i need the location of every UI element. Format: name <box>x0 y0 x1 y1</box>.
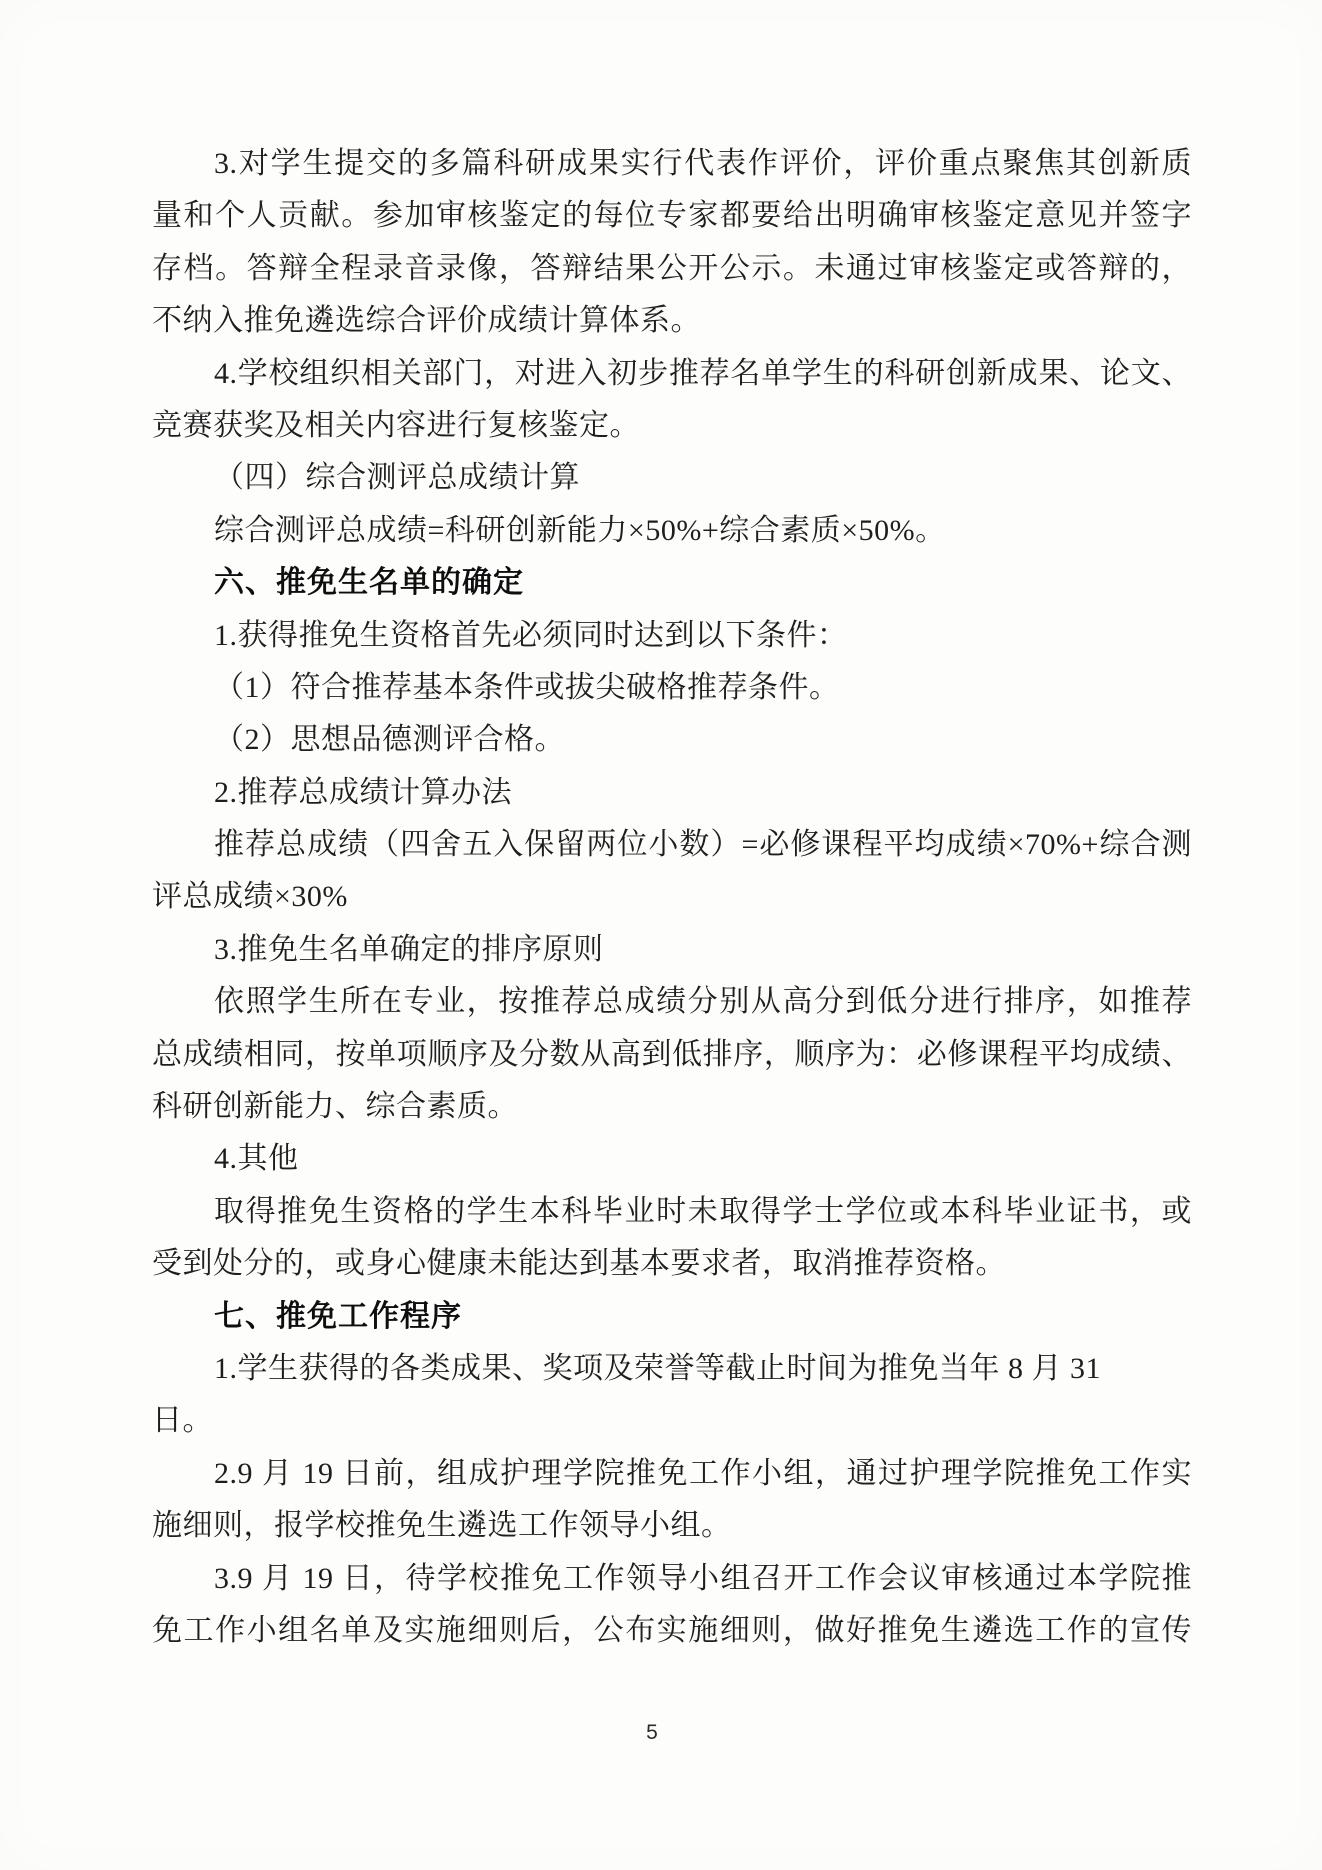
text-line: 总成绩相同，按单项顺序及分数从高到低排序，顺序为：必修课程平均成绩、 <box>152 1029 1192 1081</box>
paragraph: 4.学校组织相关部门，对进入初步推荐名单学生的科研创新成果、论文、竞赛获奖及相关… <box>152 348 1192 453</box>
text-line: 3.9 月 19 日，待学校推免工作领导小组召开工作会议审核通过本学院推 <box>152 1553 1192 1605</box>
document-page: 3.对学生提交的多篇科研成果实行代表作评价，评价重点聚焦其创新质量和个人贡献。参… <box>0 0 1322 1870</box>
text-line: 2.9 月 19 日前，组成护理学院推免工作小组，通过护理学院推免工作实 <box>152 1448 1192 1500</box>
text-line: 2.推荐总成绩计算办法 <box>152 767 1192 819</box>
text-line: 免工作小组名单及实施细则后，公布实施细则，做好推免生遴选工作的宣传 <box>152 1605 1192 1657</box>
paragraph: （2）思想品德测评合格。 <box>152 714 1192 766</box>
paragraph: 2.9 月 19 日前，组成护理学院推免工作小组，通过护理学院推免工作实施细则，… <box>152 1448 1192 1553</box>
text-line: 4.学校组织相关部门，对进入初步推荐名单学生的科研创新成果、论文、 <box>152 348 1192 400</box>
text-line: 1.学生获得的各类成果、奖项及荣誉等截止时间为推免当年 8 月 31 <box>152 1343 1192 1395</box>
text-line: 评总成绩×30% <box>152 871 1192 923</box>
paragraph: （四）综合测评总成绩计算 <box>152 452 1192 504</box>
paragraph: 3.9 月 19 日，待学校推免工作领导小组召开工作会议审核通过本学院推免工作小… <box>152 1553 1192 1658</box>
paragraph: 推荐总成绩（四舍五入保留两位小数）=必修课程平均成绩×70%+综合测评总成绩×3… <box>152 819 1192 924</box>
paragraph: 1.学生获得的各类成果、奖项及荣誉等截止时间为推免当年 8 月 31日。 <box>152 1343 1192 1448</box>
text-line: （2）思想品德测评合格。 <box>152 714 1192 766</box>
text-line: 六、推免生名单的确定 <box>152 557 1192 609</box>
text-line: 科研创新能力、综合素质。 <box>152 1081 1192 1133</box>
text-line: 日。 <box>152 1395 1192 1447</box>
text-line: 取得推免生资格的学生本科毕业时未取得学士学位或本科毕业证书，或 <box>152 1186 1192 1238</box>
paragraph: （1）符合推荐基本条件或拔尖破格推荐条件。 <box>152 662 1192 714</box>
page-number: 5 <box>0 1718 1304 1748</box>
paragraph: 综合测评总成绩=科研创新能力×50%+综合素质×50%。 <box>152 505 1192 557</box>
paragraph: 3.推免生名单确定的排序原则 <box>152 924 1192 976</box>
text-line: 受到处分的，或身心健康未能达到基本要求者，取消推荐资格。 <box>152 1238 1192 1290</box>
section-heading: 六、推免生名单的确定 <box>152 557 1192 609</box>
text-line: 存档。答辩全程录音录像，答辩结果公开公示。未通过审核鉴定或答辩的， <box>152 243 1192 295</box>
text-line: 4.其他 <box>152 1133 1192 1185</box>
text-line: 施细则，报学校推免生遴选工作领导小组。 <box>152 1500 1192 1552</box>
text-line: 1.获得推免生资格首先必须同时达到以下条件： <box>152 610 1192 662</box>
text-line: 推荐总成绩（四舍五入保留两位小数）=必修课程平均成绩×70%+综合测 <box>152 819 1192 871</box>
text-line: （1）符合推荐基本条件或拔尖破格推荐条件。 <box>152 662 1192 714</box>
text-line: 综合测评总成绩=科研创新能力×50%+综合素质×50%。 <box>152 505 1192 557</box>
text-line: 不纳入推免遴选综合评价成绩计算体系。 <box>152 295 1192 347</box>
text-line: （四）综合测评总成绩计算 <box>152 452 1192 504</box>
paragraph: 依照学生所在专业，按推荐总成绩分别从高分到低分进行排序，如推荐总成绩相同，按单项… <box>152 976 1192 1133</box>
text-line: 3.推免生名单确定的排序原则 <box>152 924 1192 976</box>
section-heading: 七、推免工作程序 <box>152 1291 1192 1343</box>
document-body: 3.对学生提交的多篇科研成果实行代表作评价，评价重点聚焦其创新质量和个人贡献。参… <box>152 138 1192 1657</box>
text-line: 3.对学生提交的多篇科研成果实行代表作评价，评价重点聚焦其创新质 <box>152 138 1192 190</box>
text-line: 依照学生所在专业，按推荐总成绩分别从高分到低分进行排序，如推荐 <box>152 976 1192 1028</box>
paragraph: 取得推免生资格的学生本科毕业时未取得学士学位或本科毕业证书，或受到处分的，或身心… <box>152 1186 1192 1291</box>
text-line: 量和个人贡献。参加审核鉴定的每位专家都要给出明确审核鉴定意见并签字 <box>152 190 1192 242</box>
text-line: 七、推免工作程序 <box>152 1291 1192 1343</box>
text-line: 竞赛获奖及相关内容进行复核鉴定。 <box>152 400 1192 452</box>
paragraph: 3.对学生提交的多篇科研成果实行代表作评价，评价重点聚焦其创新质量和个人贡献。参… <box>152 138 1192 348</box>
paragraph: 1.获得推免生资格首先必须同时达到以下条件： <box>152 610 1192 662</box>
paragraph: 2.推荐总成绩计算办法 <box>152 767 1192 819</box>
paragraph: 4.其他 <box>152 1133 1192 1185</box>
